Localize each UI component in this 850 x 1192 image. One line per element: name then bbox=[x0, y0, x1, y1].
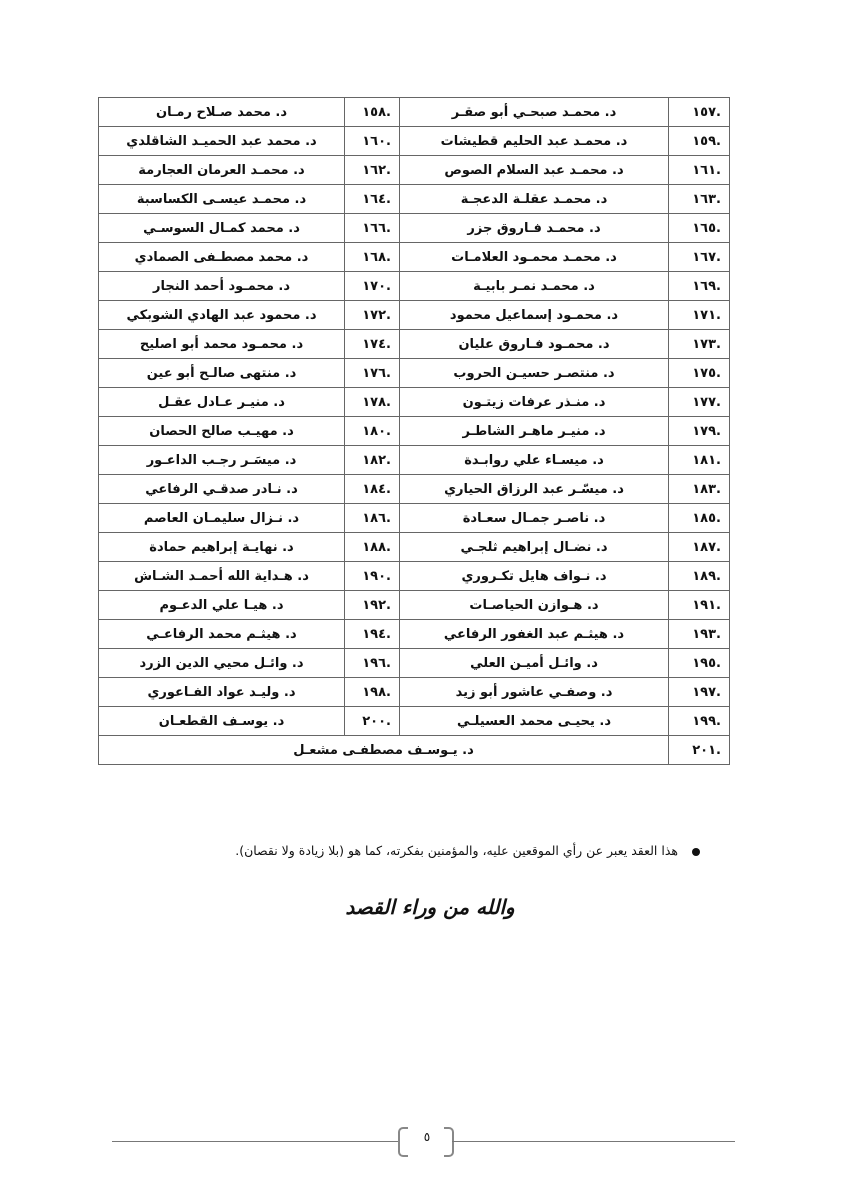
row-number: .١٨١ bbox=[669, 446, 730, 475]
row-number: .١٩٥ bbox=[669, 649, 730, 678]
table-row: .١٧١د. محمـود إسماعيل محمود.١٧٢د. محمود … bbox=[99, 301, 730, 330]
member-name: د. نـواف هايل تكـروري bbox=[400, 562, 669, 591]
table-row: .١٨٩د. نـواف هايل تكـروري.١٩٠د. هـداية ا… bbox=[99, 562, 730, 591]
member-name: د. محمـد نمـر بابيـة bbox=[400, 272, 669, 301]
member-name: د. هيثـم محمد الرفاعـي bbox=[99, 620, 345, 649]
row-number: .١٧٦ bbox=[345, 359, 400, 388]
row-number: .١٩٤ bbox=[345, 620, 400, 649]
member-name: د. محمـد العرمان العجارمة bbox=[99, 156, 345, 185]
member-name: د. يوسـف القطعـان bbox=[99, 707, 345, 736]
row-number: .١٧٣ bbox=[669, 330, 730, 359]
member-name: د. وليـد عواد الفـاعوري bbox=[99, 678, 345, 707]
member-name: د. محمود عبد الهادي الشوبكي bbox=[99, 301, 345, 330]
row-number: .١٨٨ bbox=[345, 533, 400, 562]
member-name: د. محمـد محمـود العلامـات bbox=[400, 243, 669, 272]
member-name: د. محمد مصطـفى الصمادي bbox=[99, 243, 345, 272]
row-number: .١٩٦ bbox=[345, 649, 400, 678]
table-row: .١٨١د. ميسـاء علي روابـدة.١٨٢د. ميسَـر ر… bbox=[99, 446, 730, 475]
table-row: .١٩١د. هـوازن الحياصـات.١٩٢د. هيـا علي ا… bbox=[99, 591, 730, 620]
member-name: د. نهايـة إبراهيم حمادة bbox=[99, 533, 345, 562]
member-name: د. محمـد عيسـى الكساسبة bbox=[99, 185, 345, 214]
member-name: د. محمـود محمد أبو اصليح bbox=[99, 330, 345, 359]
row-number: .١٧٧ bbox=[669, 388, 730, 417]
table-row: .١٦٥د. محمـد فـاروق جزر.١٦٦د. محمد كمـال… bbox=[99, 214, 730, 243]
row-number: .٢٠٠ bbox=[345, 707, 400, 736]
member-name: د. محمـد عبد السلام الصوص bbox=[400, 156, 669, 185]
row-number: .١٧٨ bbox=[345, 388, 400, 417]
row-number: .١٩٩ bbox=[669, 707, 730, 736]
row-number: .١٧٠ bbox=[345, 272, 400, 301]
closing-signature: والله من وراء القصد bbox=[300, 895, 560, 919]
row-number: .٢٠١ bbox=[669, 736, 730, 765]
member-name: د. محمـد عقلـة الدعجـة bbox=[400, 185, 669, 214]
table-row: .١٨٧د. نضـال إبراهيم ثلجـي.١٨٨د. نهايـة … bbox=[99, 533, 730, 562]
row-number: .١٥٨ bbox=[345, 98, 400, 127]
note-paragraph: هذا العقد يعبر عن رأي الموقعين عليه، وال… bbox=[170, 843, 700, 858]
row-number: .١٨٤ bbox=[345, 475, 400, 504]
row-number: .١٦٢ bbox=[345, 156, 400, 185]
table-row: .١٥٩د. محمـد عبد الحليم قطيشات.١٦٠د. محم… bbox=[99, 127, 730, 156]
table-row: .١٨٥د. ناصـر جمـال سعـادة.١٨٦د. نـزال سل… bbox=[99, 504, 730, 533]
table-row: .١٥٧د. محمـد صبحـي أبو صقـر.١٥٨د. محمد ص… bbox=[99, 98, 730, 127]
table-row: .١٦٣د. محمـد عقلـة الدعجـة.١٦٤د. محمـد ع… bbox=[99, 185, 730, 214]
table-row: .١٧٩د. منيـر ماهـر الشاطـر.١٨٠د. مهيـب ص… bbox=[99, 417, 730, 446]
row-number: .١٥٧ bbox=[669, 98, 730, 127]
right-bracket-icon bbox=[444, 1127, 454, 1157]
member-name: د. ميسّـر عبد الرزاق الحياري bbox=[400, 475, 669, 504]
row-number: .١٧٤ bbox=[345, 330, 400, 359]
member-name: د. ميسـاء علي روابـدة bbox=[400, 446, 669, 475]
footer-divider-left bbox=[112, 1141, 398, 1142]
row-number: .١٩٣ bbox=[669, 620, 730, 649]
member-name: د. محمد عبد الحميـد الشاقلدي bbox=[99, 127, 345, 156]
member-name: د. محمـود أحمد النجار bbox=[99, 272, 345, 301]
row-number: .١٨٩ bbox=[669, 562, 730, 591]
member-name: د. محمد صـلاح رمـان bbox=[99, 98, 345, 127]
table-row: .١٧٧د. منـذر عرفات زيتـون.١٧٨د. منيـر عـ… bbox=[99, 388, 730, 417]
row-number: .١٧٢ bbox=[345, 301, 400, 330]
row-number: .١٨٠ bbox=[345, 417, 400, 446]
member-name: د. مهيـب صالح الحصان bbox=[99, 417, 345, 446]
member-name: د. محمـد صبحـي أبو صقـر bbox=[400, 98, 669, 127]
member-name: د. هـوازن الحياصـات bbox=[400, 591, 669, 620]
row-number: .١٨٧ bbox=[669, 533, 730, 562]
row-number: .١٦١ bbox=[669, 156, 730, 185]
member-name: د. منيـر عـادل عقـل bbox=[99, 388, 345, 417]
member-name: د. وائـل محيي الدين الزرد bbox=[99, 649, 345, 678]
table-row: .١٩٩د. يحيـى محمد العسيلـي.٢٠٠د. يوسـف ا… bbox=[99, 707, 730, 736]
table-row: .٢٠١د. يـوسـف مصطفـى مشعـل bbox=[99, 736, 730, 765]
member-name: د. منتصـر حسيـن الحروب bbox=[400, 359, 669, 388]
row-number: .١٨٢ bbox=[345, 446, 400, 475]
table-row: .١٩٥د. وائـل أميـن العلي.١٩٦د. وائـل محي… bbox=[99, 649, 730, 678]
table-row: .١٧٣د. محمـود فـاروق عليان.١٧٤د. محمـود … bbox=[99, 330, 730, 359]
document-page: .١٥٧د. محمـد صبحـي أبو صقـر.١٥٨د. محمد ص… bbox=[0, 0, 850, 1192]
table-row: .١٩٧د. وصفـي عاشور أبو زيد.١٩٨د. وليـد ع… bbox=[99, 678, 730, 707]
member-name: د. منتهى صالـح أبو عين bbox=[99, 359, 345, 388]
member-name: د. هيـا علي الدعـوم bbox=[99, 591, 345, 620]
table-row: .١٩٣د. هيثـم عبد الغفور الرفاعي.١٩٤د. هي… bbox=[99, 620, 730, 649]
bullet-icon bbox=[692, 848, 700, 856]
member-name: د. ميسَـر رجـب الداعـور bbox=[99, 446, 345, 475]
page-number: ٥ bbox=[412, 1130, 442, 1144]
member-name: د. منـذر عرفات زيتـون bbox=[400, 388, 669, 417]
table-row: .١٦١د. محمـد عبد السلام الصوص.١٦٢د. محمـ… bbox=[99, 156, 730, 185]
member-name: د. محمـود فـاروق عليان bbox=[400, 330, 669, 359]
member-name: د. نضـال إبراهيم ثلجـي bbox=[400, 533, 669, 562]
note-text: هذا العقد يعبر عن رأي الموقعين عليه، وال… bbox=[235, 843, 678, 858]
row-number: .١٩٠ bbox=[345, 562, 400, 591]
left-bracket-icon bbox=[398, 1127, 408, 1157]
member-name: د. وصفـي عاشور أبو زيد bbox=[400, 678, 669, 707]
table-row: .١٧٥د. منتصـر حسيـن الحروب.١٧٦د. منتهى ص… bbox=[99, 359, 730, 388]
table-row: .١٨٣د. ميسّـر عبد الرزاق الحياري.١٨٤د. ن… bbox=[99, 475, 730, 504]
signatories-table: .١٥٧د. محمـد صبحـي أبو صقـر.١٥٨د. محمد ص… bbox=[98, 97, 730, 765]
member-name: د. محمد كمـال السوسـي bbox=[99, 214, 345, 243]
row-number: .١٦٠ bbox=[345, 127, 400, 156]
member-name: د. هيثـم عبد الغفور الرفاعي bbox=[400, 620, 669, 649]
member-name: د. وائـل أميـن العلي bbox=[400, 649, 669, 678]
member-name: د. منيـر ماهـر الشاطـر bbox=[400, 417, 669, 446]
row-number: .١٦٧ bbox=[669, 243, 730, 272]
table-row: .١٦٩د. محمـد نمـر بابيـة.١٧٠د. محمـود أح… bbox=[99, 272, 730, 301]
row-number: .١٧١ bbox=[669, 301, 730, 330]
row-number: .١٩٧ bbox=[669, 678, 730, 707]
member-name: د. يـوسـف مصطفـى مشعـل bbox=[99, 736, 669, 765]
member-name: د. نـادر صدقـي الرفاعي bbox=[99, 475, 345, 504]
member-name: د. محمـد عبد الحليم قطيشات bbox=[400, 127, 669, 156]
table-row: .١٦٧د. محمـد محمـود العلامـات.١٦٨د. محمد… bbox=[99, 243, 730, 272]
row-number: .١٨٣ bbox=[669, 475, 730, 504]
row-number: .١٦٥ bbox=[669, 214, 730, 243]
member-name: د. يحيـى محمد العسيلـي bbox=[400, 707, 669, 736]
row-number: .١٦٤ bbox=[345, 185, 400, 214]
row-number: .١٦٩ bbox=[669, 272, 730, 301]
member-name: د. ناصـر جمـال سعـادة bbox=[400, 504, 669, 533]
row-number: .١٨٦ bbox=[345, 504, 400, 533]
row-number: .١٦٨ bbox=[345, 243, 400, 272]
member-name: د. محمـود إسماعيل محمود bbox=[400, 301, 669, 330]
member-name: د. هـداية الله أحمـد الشـاش bbox=[99, 562, 345, 591]
row-number: .١٩٨ bbox=[345, 678, 400, 707]
footer-divider-right bbox=[452, 1141, 735, 1142]
row-number: .١٩٢ bbox=[345, 591, 400, 620]
member-name: د. محمـد فـاروق جزر bbox=[400, 214, 669, 243]
row-number: .١٧٩ bbox=[669, 417, 730, 446]
row-number: .١٦٦ bbox=[345, 214, 400, 243]
row-number: .١٨٥ bbox=[669, 504, 730, 533]
row-number: .١٧٥ bbox=[669, 359, 730, 388]
row-number: .١٩١ bbox=[669, 591, 730, 620]
row-number: .١٦٣ bbox=[669, 185, 730, 214]
member-name: د. نـزال سليمـان العاصم bbox=[99, 504, 345, 533]
row-number: .١٥٩ bbox=[669, 127, 730, 156]
